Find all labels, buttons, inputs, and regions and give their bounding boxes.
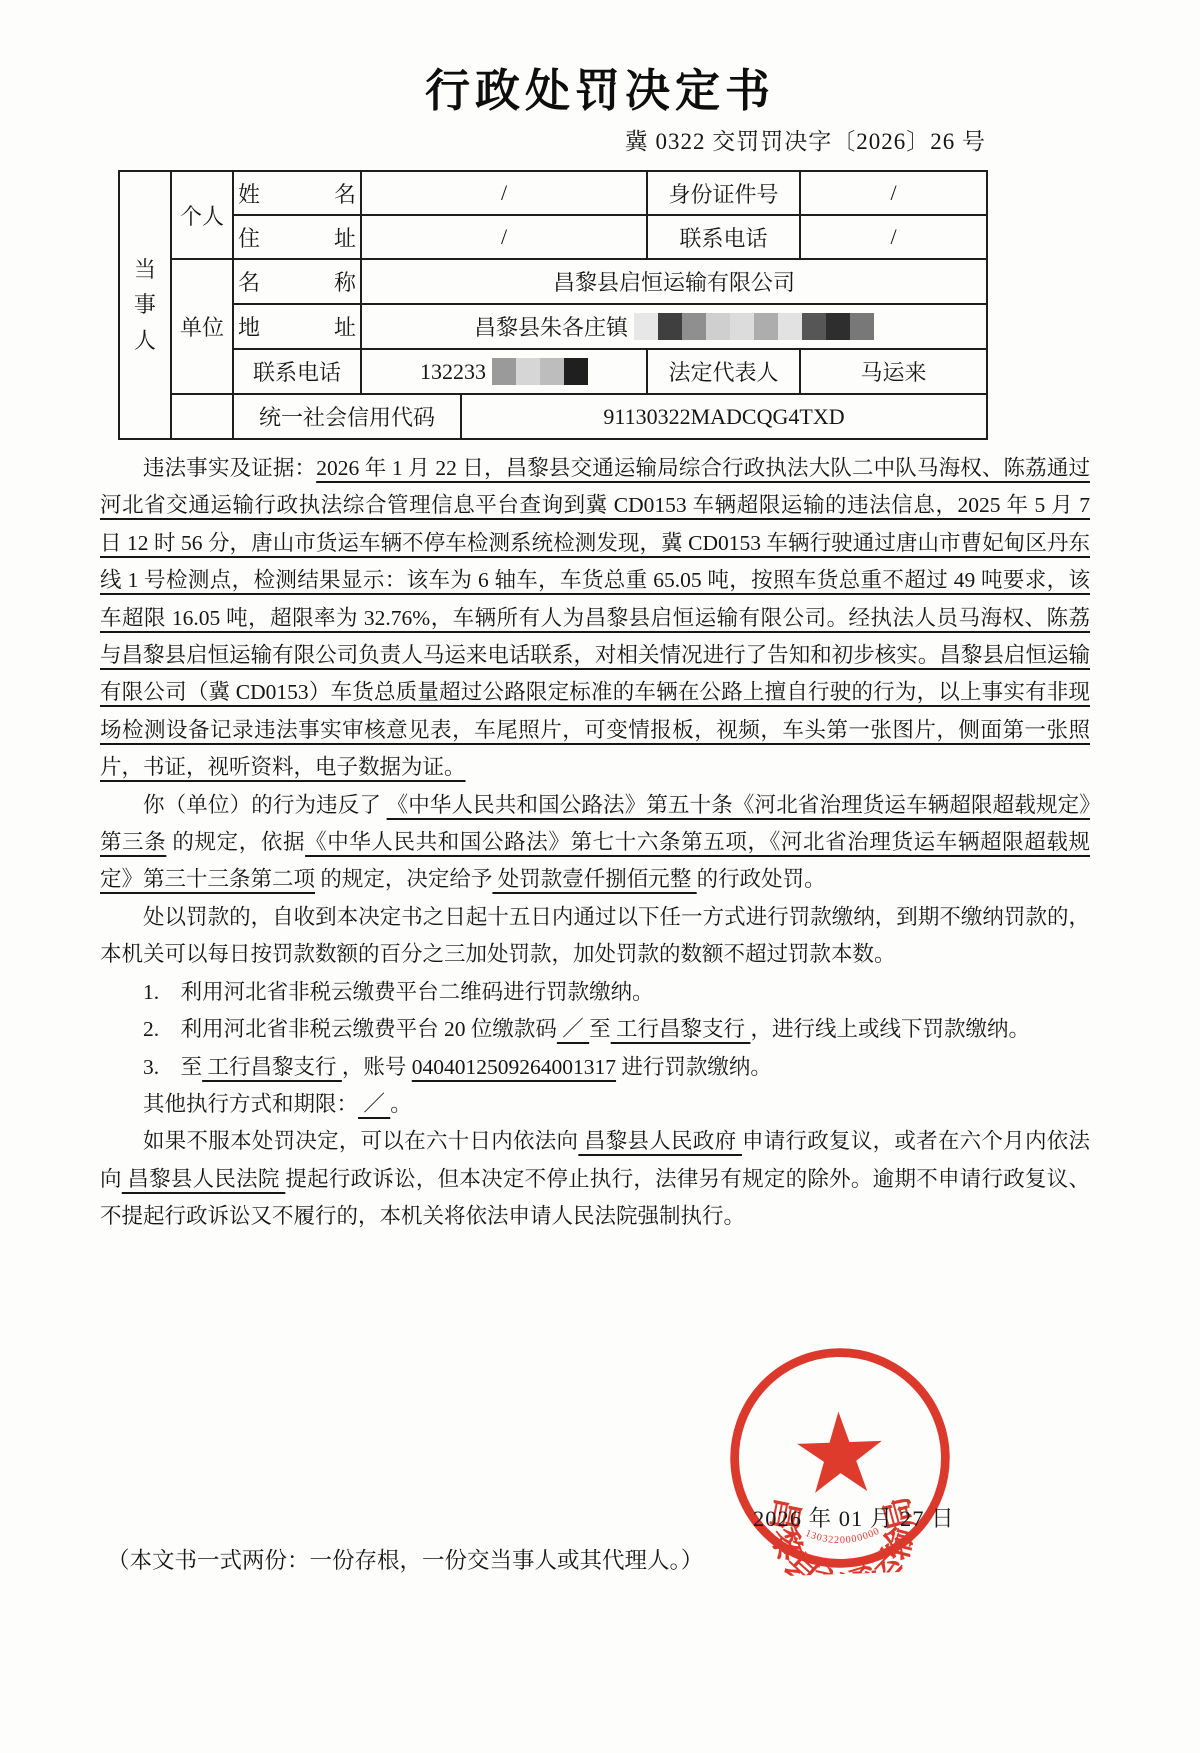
other-execution-label: 其他执行方式和期限：: [143, 1092, 358, 1116]
bank-name: 工行昌黎支行: [202, 1055, 342, 1079]
footer-note: （本文书一式两份：一份存根，一份交当事人或其代理人。）: [107, 1543, 703, 1575]
company-address-text: 昌黎县朱各庄镇: [474, 311, 628, 342]
other-execution-text: 。: [390, 1092, 412, 1116]
violation-text: 的规定，依据: [166, 830, 305, 854]
court-name: 昌黎县人民法院: [122, 1167, 286, 1191]
method2-text: ，进行线上或线下罚款缴纳。: [750, 1017, 1030, 1041]
legal-rep-label: 法定代表人: [647, 349, 800, 394]
violation-paragraph: 你（单位）的行为违反了 《中华人民共和国公路法》第五十条《河北省治理货运车辆超限…: [100, 787, 1090, 899]
party-info-table: 当事人 个人 姓名 / 身份证件号 / 住址 / 联系电话 / 单位 名称 昌黎…: [118, 170, 988, 440]
other-execution-paragraph: 其他执行方式和期限： ／ 。: [100, 1086, 1090, 1123]
redaction-block: [634, 313, 658, 340]
method2-text: 2. 利用河北省非税云缴费平台 20 位缴款码: [143, 1017, 557, 1041]
redaction-block: [516, 358, 540, 385]
method3-text: 3. 至: [143, 1055, 202, 1079]
unit-group-label: 单位: [171, 259, 233, 394]
personal-phone-label: 联系电话: [647, 215, 800, 259]
table-row: 联系电话 132233 法定代表人 马运来: [119, 349, 987, 394]
seal-star: [796, 1410, 883, 1493]
fine-amount: 处罚款壹仟捌佰元整: [492, 867, 696, 891]
bank-name: 工行昌黎支行: [611, 1017, 751, 1041]
name-value: /: [361, 171, 647, 215]
facts-label: 违法事实及证据：: [143, 456, 316, 480]
residence-label: 住址: [233, 215, 361, 259]
legal-rep-value: 马运来: [800, 349, 987, 394]
personal-phone-value: /: [800, 215, 987, 259]
penalty-decision-document: 行政处罚决定书 冀 0322 交罚罚决字〔2026〕26 号 当事人 个人 姓名…: [0, 0, 1200, 1753]
table-row: 地址 昌黎县朱各庄镇: [119, 304, 987, 349]
redaction-block: [540, 358, 564, 385]
issue-date: 2026 年 01 月 27 日: [753, 1501, 955, 1533]
name-label: 姓名: [233, 171, 361, 215]
party-group-label: 当事人: [119, 171, 171, 439]
company-address-label: 地址: [233, 304, 361, 349]
personal-group-label: 个人: [171, 171, 233, 259]
violation-text: 的行政处罚。: [697, 867, 826, 891]
company-name-value: 昌黎县启恒运输有限公司: [361, 259, 987, 304]
document-number: 冀 0322 交罚罚决字〔2026〕26 号: [625, 123, 986, 156]
method2-text: 至: [589, 1017, 611, 1041]
appeal-text: 如果不服本处罚决定，可以在六十日内依法向: [143, 1129, 578, 1153]
redaction-block: [730, 313, 754, 340]
redaction-block: [682, 313, 706, 340]
company-address-value: 昌黎县朱各庄镇: [361, 304, 987, 349]
company-phone-value: 132233: [361, 349, 647, 394]
residence-value: /: [361, 215, 647, 259]
company-name-label: 名称: [233, 259, 361, 304]
review-authority: 昌黎县人民政府: [578, 1129, 742, 1153]
facts-paragraph: 违法事实及证据：2026 年 1 月 22 日，昌黎县交通运输局综合行政执法大队…: [100, 450, 1090, 787]
redaction-block: [778, 313, 802, 340]
violation-text: 的规定，决定给予: [315, 867, 492, 891]
appeal-paragraph: 如果不服本处罚决定，可以在六十日内依法向 昌黎县人民政府 申请行政复议，或者在六…: [100, 1123, 1090, 1235]
page-title: 行政处罚决定书: [0, 54, 1200, 119]
other-execution-slash: ／: [358, 1092, 390, 1116]
document-body: 违法事实及证据：2026 年 1 月 22 日，昌黎县交通运输局综合行政执法大队…: [100, 450, 1090, 1236]
company-phone-text: 132233: [420, 359, 486, 385]
redaction-mosaic: [634, 313, 874, 340]
id-number-value: /: [800, 171, 987, 215]
payment-intro-paragraph: 处以罚款的，自收到本决定书之日起十五日内通过以下任一方式进行罚款缴纳，到期不缴纳…: [100, 899, 1090, 974]
redaction-block: [754, 313, 778, 340]
redaction-block: [826, 313, 850, 340]
payment-method-1: 1. 利用河北省非税云缴费平台二维码进行罚款缴纳。: [100, 974, 1090, 1011]
table-row: 当事人 个人 姓名 / 身份证件号 /: [119, 171, 987, 215]
redaction-mosaic: [492, 358, 588, 385]
method2-slash: ／: [557, 1017, 589, 1041]
id-number-label: 身份证件号: [647, 171, 800, 215]
table-row: 住址 / 联系电话 /: [119, 215, 987, 259]
method3-text: ，账号: [342, 1055, 412, 1079]
table-row: 单位 名称 昌黎县启恒运输有限公司: [119, 259, 987, 304]
redaction-block: [564, 358, 588, 385]
redaction-block: [658, 313, 682, 340]
method3-text: 进行罚款缴纳。: [616, 1055, 772, 1079]
company-phone-label: 联系电话: [233, 349, 361, 394]
payment-method-3: 3. 至 工行昌黎支行 ，账号 0404012509264001317 进行罚款…: [100, 1049, 1090, 1086]
official-seal: 昌黎县交通运输局 1303220000000: [720, 1338, 960, 1578]
payment-method-2: 2. 利用河北省非税云缴费平台 20 位缴款码 ／ 至 工行昌黎支行 ，进行线上…: [100, 1011, 1090, 1048]
violation-intro: 你（单位）的行为违反了: [143, 793, 387, 817]
redaction-block: [706, 313, 730, 340]
redaction-block: [802, 313, 826, 340]
table-row: 统一社会信用代码 91130322MADCQG4TXD: [119, 394, 987, 439]
redaction-block: [850, 313, 874, 340]
credit-code-value: 91130322MADCQG4TXD: [461, 394, 987, 439]
account-number: 0404012509264001317: [412, 1055, 616, 1079]
empty-cell: [171, 394, 233, 439]
redaction-block: [492, 358, 516, 385]
facts-content: 2026 年 1 月 22 日，昌黎县交通运输局综合行政执法大队二中队马海权、陈…: [100, 456, 1090, 779]
credit-code-label: 统一社会信用代码: [233, 394, 461, 439]
